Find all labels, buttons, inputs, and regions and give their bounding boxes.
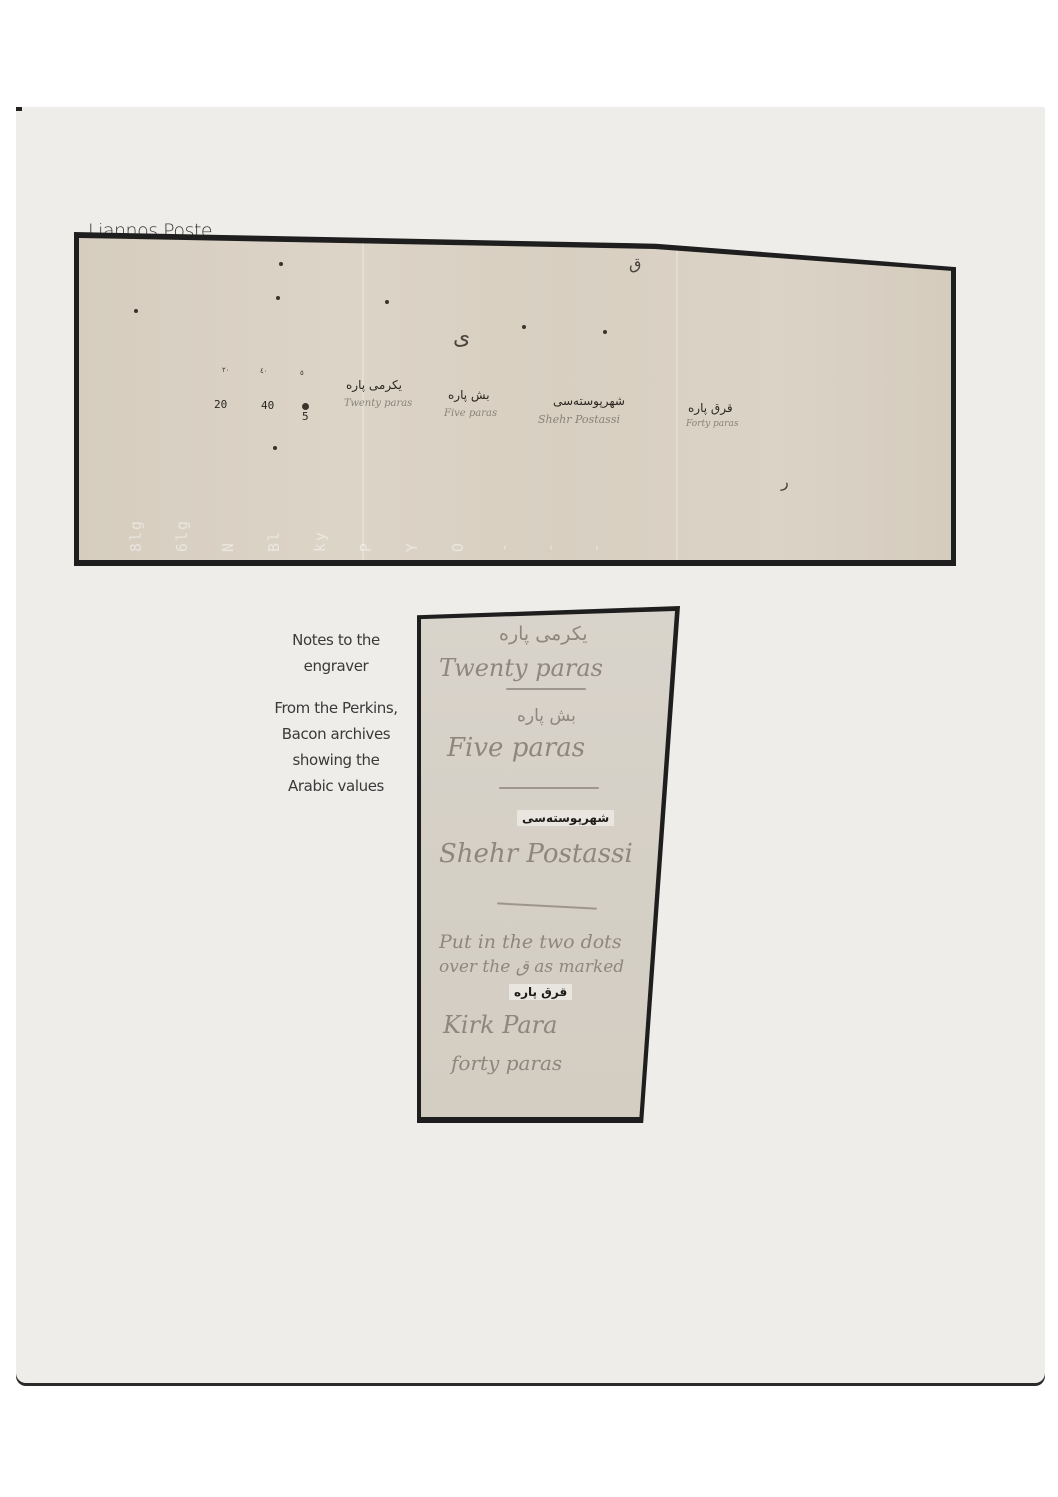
slip-arabic: بش پاره <box>517 706 576 726</box>
embossed-inscription: 8lg 6lg N Bl ky P Y O - - - <box>127 519 605 552</box>
slip-rule <box>497 902 597 909</box>
emboss-char: 8lg <box>127 519 145 552</box>
register-dot <box>134 309 138 313</box>
caption-line: showing the <box>236 747 436 773</box>
numeral-arabic: ٢٠ <box>222 366 230 374</box>
slip-rule <box>506 688 586 690</box>
numeral-latin: 20 <box>214 398 227 411</box>
register-dot <box>276 296 280 300</box>
engraver-notes-slip: يكرمى پاره Twenty paras بش پاره Five par… <box>421 611 675 1117</box>
emboss-char: ky <box>311 519 329 552</box>
register-dot <box>385 300 389 304</box>
value-english: Shehr Postassi <box>538 413 620 426</box>
notes-caption: Notes to the engraver From the Perkins, … <box>236 627 436 799</box>
register-dot <box>603 330 607 334</box>
value-english: Five paras <box>444 408 497 419</box>
slip-arabic: يكرمى پاره <box>499 623 588 645</box>
corner-mark <box>16 107 22 111</box>
value-english: Twenty paras <box>344 398 412 409</box>
emboss-char: N <box>219 519 237 552</box>
proof-glyph: ى <box>453 325 470 350</box>
printed-cutout: قرق پاره <box>509 984 572 1000</box>
proof-glyph: ر <box>781 472 789 491</box>
caption-line: engraver <box>236 653 436 679</box>
slip-handwriting: Five paras <box>447 733 585 763</box>
emboss-char: P <box>357 519 375 552</box>
register-dot <box>273 446 277 450</box>
numeral-latin: 5 <box>302 410 309 423</box>
caption-line: Arabic values <box>236 773 436 799</box>
emboss-char: - <box>587 519 605 552</box>
slip-handwriting: forty paras <box>451 1051 562 1075</box>
numeral-arabic: ٤٠ <box>260 367 268 375</box>
emboss-char: 6lg <box>173 519 191 552</box>
emboss-char: - <box>541 519 559 552</box>
numeral-arabic: ٥ <box>300 369 304 377</box>
value-english: Forty paras <box>686 419 738 429</box>
slip-handwriting: over the ق as marked <box>439 957 624 977</box>
slip-rule <box>499 787 599 789</box>
slip-handwriting: Kirk Para <box>443 1011 557 1039</box>
caption-line: Notes to the <box>236 627 436 653</box>
ornament-dot <box>302 403 309 410</box>
slip-handwriting: Twenty paras <box>439 654 603 682</box>
register-dot <box>279 262 283 266</box>
value-arabic: بش پاره <box>448 388 490 402</box>
slip-handwriting: Shehr Postassi <box>439 839 633 869</box>
caption-line: From the Perkins, <box>236 695 436 721</box>
value-arabic: يكرمى پاره <box>346 378 402 392</box>
numeral-latin: 40 <box>261 399 274 412</box>
register-dot <box>522 325 526 329</box>
die-proof: ى ق ر ٢٠ ٤٠ ٥ 20 40 5 يكرمى پاره Twenty … <box>79 238 951 560</box>
printed-cutout: شهرپوستەسى <box>517 810 614 826</box>
value-arabic: قرق پاره <box>688 401 733 415</box>
emboss-char: Bl <box>265 519 283 552</box>
caption-line: Bacon archives <box>236 721 436 747</box>
value-arabic: شهرپوستەسى <box>553 394 625 408</box>
fold-line <box>676 238 678 560</box>
proof-glyph: ق <box>629 254 641 273</box>
slip-handwriting: Put in the two dots <box>439 931 622 953</box>
emboss-char: - <box>495 519 513 552</box>
emboss-char: Y <box>403 519 421 552</box>
emboss-char: O <box>449 519 467 552</box>
